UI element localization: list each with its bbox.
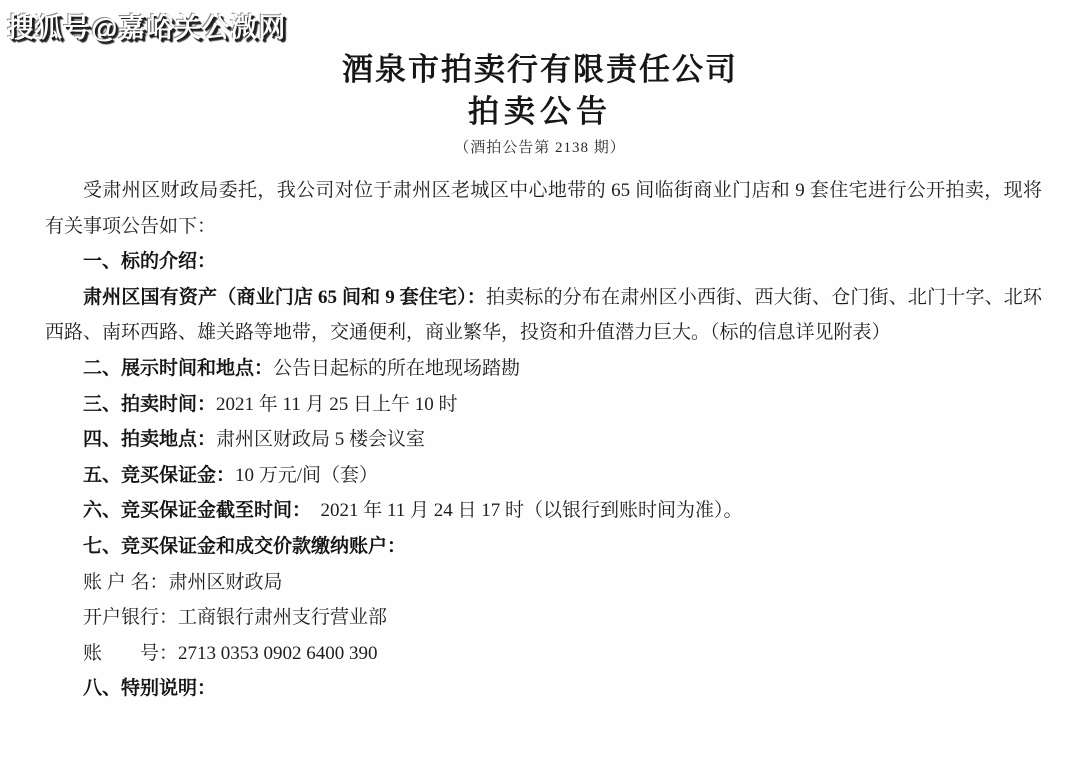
item-auction-time: 三、拍卖时间：2021 年 11 月 25 日上午 10 时 (45, 387, 1042, 423)
item-exhibition-time-place: 二、展示时间和地点：公告日起标的所在地现场踏勘 (45, 351, 1042, 387)
watermark-text: 搜狐号@嘉峪关公溦网 (7, 6, 286, 45)
item-exhibition-value: 公告日起标的所在地现场踏勘 (273, 358, 520, 379)
item-payment-account-heading: 七、竞买保证金和成交价款缴纳账户： (45, 529, 1042, 565)
item-auction-place: 四、拍卖地点：肃州区财政局 5 楼会议室 (45, 422, 1042, 458)
account-number-label: 账 号： (83, 643, 178, 664)
account-name-value: 肃州区财政局 (169, 572, 283, 593)
account-name-row: 账 户 名：肃州区财政局 (45, 565, 1042, 601)
item-deposit-deadline-label: 六、竞买保证金截至时间： (83, 500, 302, 521)
item-deposit: 五、竞买保证金：10 万元/间（套） (45, 458, 1042, 494)
item-deposit-deadline-value: 2021 年 11 月 24 日 17 时（以银行到账时间为准）。 (302, 500, 743, 521)
section-1-label: 一、标的介绍： (83, 251, 216, 272)
company-name: 酒泉市拍卖行有限责任公司 (0, 50, 1080, 90)
bank-label: 开户银行： (83, 607, 178, 628)
account-number-row: 账 号：2713 0353 0902 6400 390 (45, 636, 1042, 672)
section-1-body: 肃州区国有资产（商业门店 65 间和 9 套住宅）：拍卖标的分布在肃州区小西街、… (45, 280, 1042, 351)
item-auction-time-label: 三、拍卖时间： (83, 394, 216, 415)
item-deposit-deadline: 六、竞买保证金截至时间： 2021 年 11 月 24 日 17 时（以银行到账… (45, 493, 1042, 529)
item-deposit-value: 10 万元/间（套） (235, 465, 378, 486)
item-deposit-label: 五、竞买保证金： (83, 465, 235, 486)
item-auction-place-label: 四、拍卖地点： (83, 429, 216, 450)
account-number-value: 2713 0353 0902 6400 390 (178, 643, 378, 664)
item-payment-account-label: 七、竞买保证金和成交价款缴纳账户： (83, 536, 406, 557)
document-body: 受肃州区财政局委托，我公司对位于肃州区老城区中心地带的 65 间临街商业门店和 … (45, 173, 1042, 707)
document-title: 拍卖公告 (0, 93, 1080, 131)
intro-text: 受肃州区财政局委托，我公司对位于肃州区老城区中心地带的 65 间临街商业门店和 … (45, 180, 1042, 237)
bank-value: 工商银行肃州支行营业部 (178, 607, 387, 628)
asset-label: 肃州区国有资产（商业门店 65 间和 9 套住宅）： (83, 287, 486, 308)
item-auction-time-value: 2021 年 11 月 25 日上午 10 时 (216, 394, 458, 415)
item-exhibition-label: 二、展示时间和地点： (83, 358, 273, 379)
item-auction-place-value: 肃州区财政局 5 楼会议室 (216, 429, 425, 450)
intro-paragraph: 受肃州区财政局委托，我公司对位于肃州区老城区中心地带的 65 间临街商业门店和 … (45, 173, 1042, 244)
bank-row: 开户银行：工商银行肃州支行营业部 (45, 600, 1042, 636)
item-special-notes-label: 八、特别说明： (83, 678, 216, 699)
item-special-notes-heading: 八、特别说明： (45, 671, 1042, 707)
issue-number: （酒拍公告第 2138 期） (0, 138, 1080, 158)
auction-announcement-page: 搜狐号@嘉峪关公溦网 酒泉市拍卖行有限责任公司 拍卖公告 （酒拍公告第 2138… (0, 0, 1080, 763)
section-1-heading: 一、标的介绍： (45, 244, 1042, 280)
account-name-label: 账 户 名： (83, 572, 169, 593)
